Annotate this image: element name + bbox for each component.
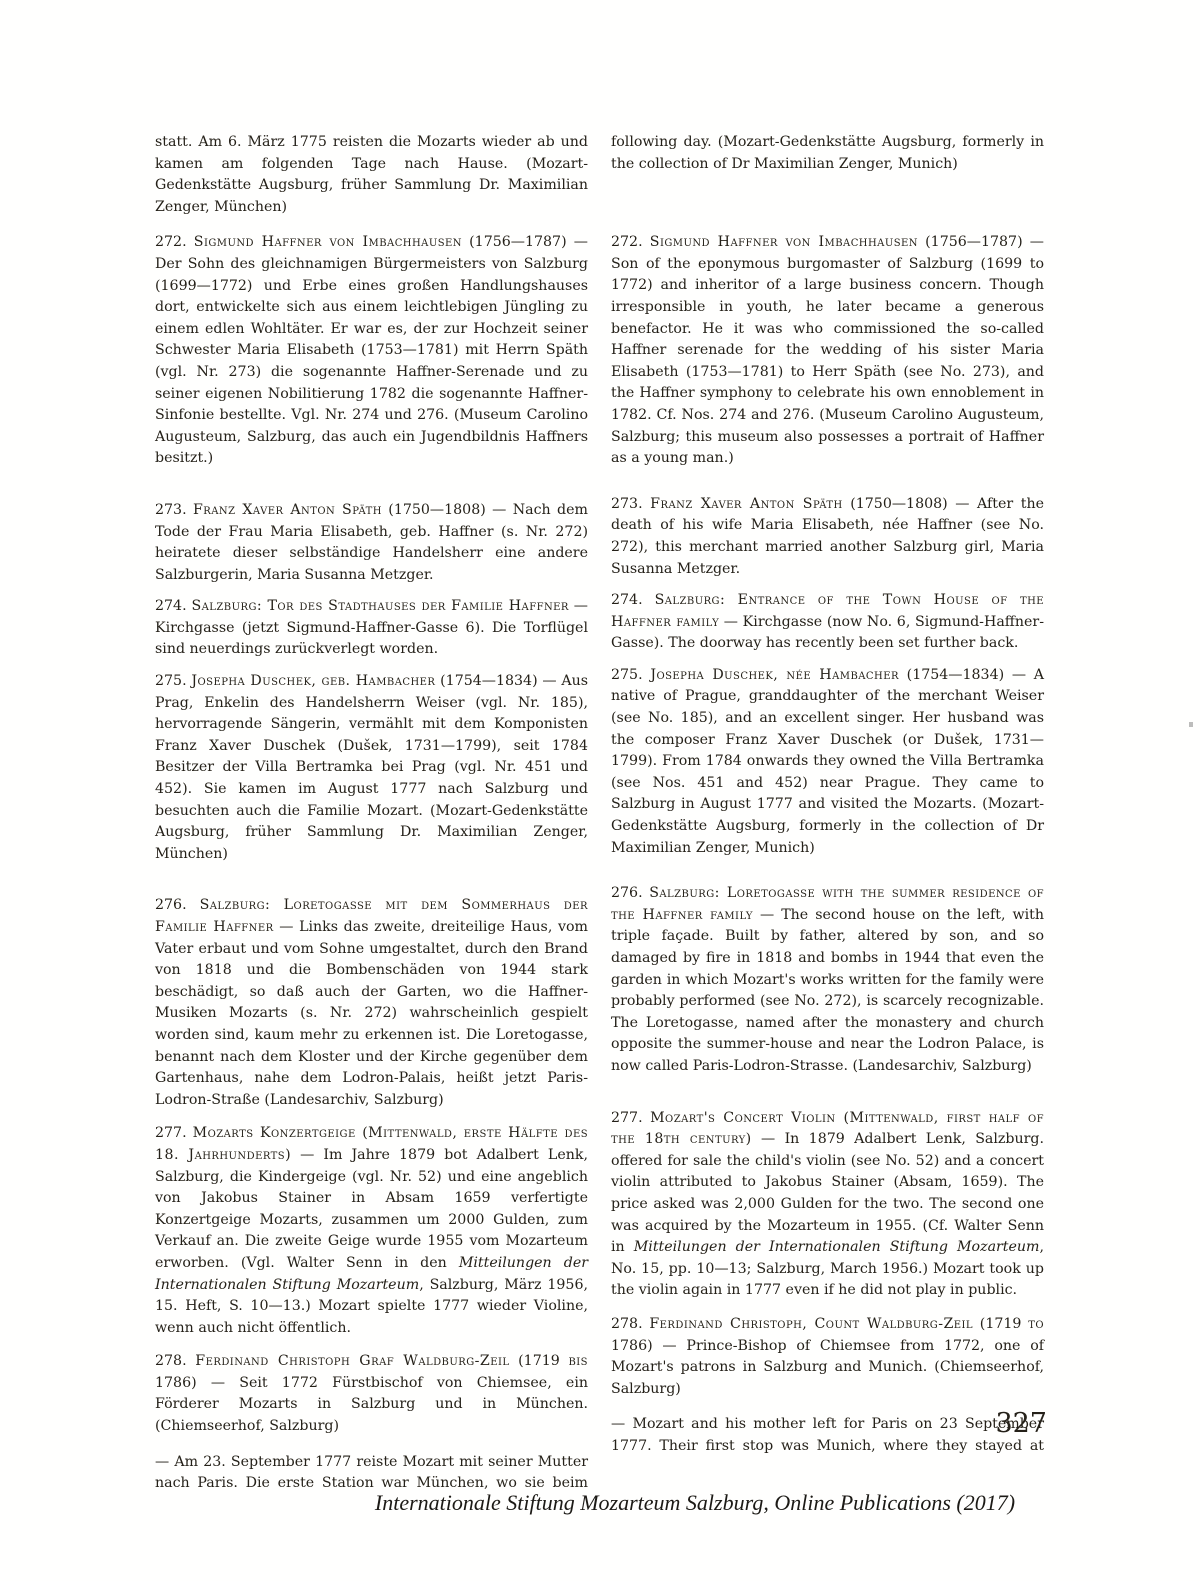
text-run-plain: 274. <box>155 598 191 614</box>
text-run-smallcaps: Sigmund Haffner von Imbachhausen <box>194 234 462 250</box>
paragraph-entry-276-de: 276. Salzburg: Loretogasse mit dem Somme… <box>155 895 588 1111</box>
text-run-plain: — Mozart and his mother left for Paris o… <box>611 1416 1044 1454</box>
paragraph-entry-276-en: 276. Salzburg: Loretogasse with the summ… <box>611 883 1044 1077</box>
text-run-plain: — Im Jahre 1879 bot Adalbert Lenk, Salzb… <box>155 1147 588 1271</box>
text-run-plain: — Links das zweite, dreiteilige Haus, vo… <box>155 919 588 1108</box>
text-run-plain: following day. (Mozart-Gedenkstätte Augs… <box>611 134 1044 172</box>
text-run-plain: (1754—1834) — A native of Prague, grandd… <box>611 667 1044 856</box>
text-run-smallcaps: Josepha Duschek, née Hambacher <box>650 667 899 683</box>
paragraph-following-continuation-en: following day. (Mozart-Gedenkstätte Augs… <box>611 132 1044 175</box>
text-run-plain: 274. <box>611 592 655 608</box>
text-run-italic: Mitteilungen der Internationalen Stiftun… <box>634 1239 1040 1255</box>
text-run-plain: — In 1879 Adalbert Lenk, Salzburg. offer… <box>611 1131 1044 1255</box>
text-run-plain: 275. <box>611 667 650 683</box>
paragraph-entry-272-de: 272. Sigmund Haffner von Imbachhausen (1… <box>155 232 588 470</box>
text-run-smallcaps: Franz Xaver Anton Späth <box>193 502 382 518</box>
text-run-plain: 272. <box>155 234 194 250</box>
text-run-plain: 276. <box>611 885 649 901</box>
paragraph-entry-277-de: 277. Mozarts Konzertgeige (Mittenwald, e… <box>155 1123 588 1339</box>
text-run-plain: 278. <box>611 1316 649 1332</box>
paragraph-entry-274-en: 274. Salzburg: Entrance of the Town Hous… <box>611 590 1044 655</box>
text-run-plain: 278. <box>155 1353 195 1369</box>
text-run-smallcaps: Ferdinand Christoph Graf Waldburg-Zeil <box>195 1353 509 1369</box>
paragraph-entry-277-en: 277. Mozart's Concert Violin (Mittenwald… <box>611 1108 1044 1302</box>
text-run-plain: (1754—1834) — Aus Prag, Enkelin des Hand… <box>155 673 588 862</box>
paragraph-statt-continuation-de: statt. Am 6. März 1775 reisten die Mozar… <box>155 132 588 218</box>
text-run-smallcaps: Sigmund Haffner von Imbachhausen <box>650 234 918 250</box>
footer-credit: Internationale Stiftung Mozarteum Salzbu… <box>0 1490 1200 1516</box>
text-run-smallcaps: bis <box>568 1353 588 1369</box>
paragraph-entry-273-en: 273. Franz Xaver Anton Späth (1750—1808)… <box>611 494 1044 580</box>
paragraph-entry-278-note-en: — Mozart and his mother left for Paris o… <box>611 1414 1044 1457</box>
left-column: statt. Am 6. März 1775 reisten die Mozar… <box>155 132 588 1495</box>
text-run-plain: (1719 <box>509 1353 568 1369</box>
text-run-plain: 272. <box>611 234 650 250</box>
text-run-plain: 275. <box>155 673 191 689</box>
text-run-plain: (1719 <box>973 1316 1028 1332</box>
text-run-plain: (1756—1787) — Son of the eponymous burgo… <box>611 234 1044 466</box>
text-run-plain: statt. Am 6. März 1775 reisten die Mozar… <box>155 134 588 215</box>
text-run-plain: 1786) — Seit 1772 Fürstbischof von Chiem… <box>155 1375 588 1434</box>
text-run-plain: — Am 23. September 1777 reiste Mozart mi… <box>155 1454 588 1492</box>
page-number: 327 <box>995 1408 1047 1440</box>
text-run-plain: 1786) — Prince-Bishop of Chiemsee from 1… <box>611 1338 1044 1397</box>
text-run-plain: 273. <box>611 496 650 512</box>
text-run-plain: — The second house on the left, with tri… <box>611 907 1044 1074</box>
text-run-smallcaps: Salzburg: Tor des Stadthauses der Famili… <box>191 598 568 614</box>
text-run-plain: 276. <box>155 897 200 913</box>
text-columns: statt. Am 6. März 1775 reisten die Mozar… <box>155 132 1045 1495</box>
paragraph-entry-275-en: 275. Josepha Duschek, née Hambacher (175… <box>611 665 1044 859</box>
paragraph-entry-278-de: 278. Ferdinand Christoph Graf Waldburg-Z… <box>155 1351 588 1437</box>
text-run-smallcaps: Josepha Duschek, geb. Hambacher <box>191 673 435 689</box>
paragraph-entry-274-de: 274. Salzburg: Tor des Stadthauses der F… <box>155 596 588 661</box>
text-run-plain: 273. <box>155 502 193 518</box>
scan-speck <box>1189 722 1193 727</box>
text-run-plain: 277. <box>611 1110 650 1126</box>
text-run-plain: 277. <box>155 1125 193 1141</box>
right-column: following day. (Mozart-Gedenkstätte Augs… <box>611 132 1044 1495</box>
paragraph-entry-275-de: 275. Josepha Duschek, geb. Hambacher (17… <box>155 671 588 865</box>
text-run-smallcaps: Ferdinand Christoph, Count Waldburg-Zeil <box>649 1316 973 1332</box>
paragraph-entry-272-en: 272. Sigmund Haffner von Imbachhausen (1… <box>611 232 1044 470</box>
text-run-plain: (1756—1787) — Der Sohn des gleichnamigen… <box>155 234 588 466</box>
paragraph-entry-273-de: 273. Franz Xaver Anton Späth (1750—1808)… <box>155 500 588 586</box>
text-run-smallcaps: Franz Xaver Anton Späth <box>650 496 842 512</box>
book-page: statt. Am 6. März 1775 reisten die Mozar… <box>0 0 1200 1581</box>
paragraph-entry-278-note-de: — Am 23. September 1777 reiste Mozart mi… <box>155 1452 588 1495</box>
text-run-smallcaps: to <box>1028 1316 1044 1332</box>
paragraph-entry-278-en: 278. Ferdinand Christoph, Count Waldburg… <box>611 1314 1044 1400</box>
